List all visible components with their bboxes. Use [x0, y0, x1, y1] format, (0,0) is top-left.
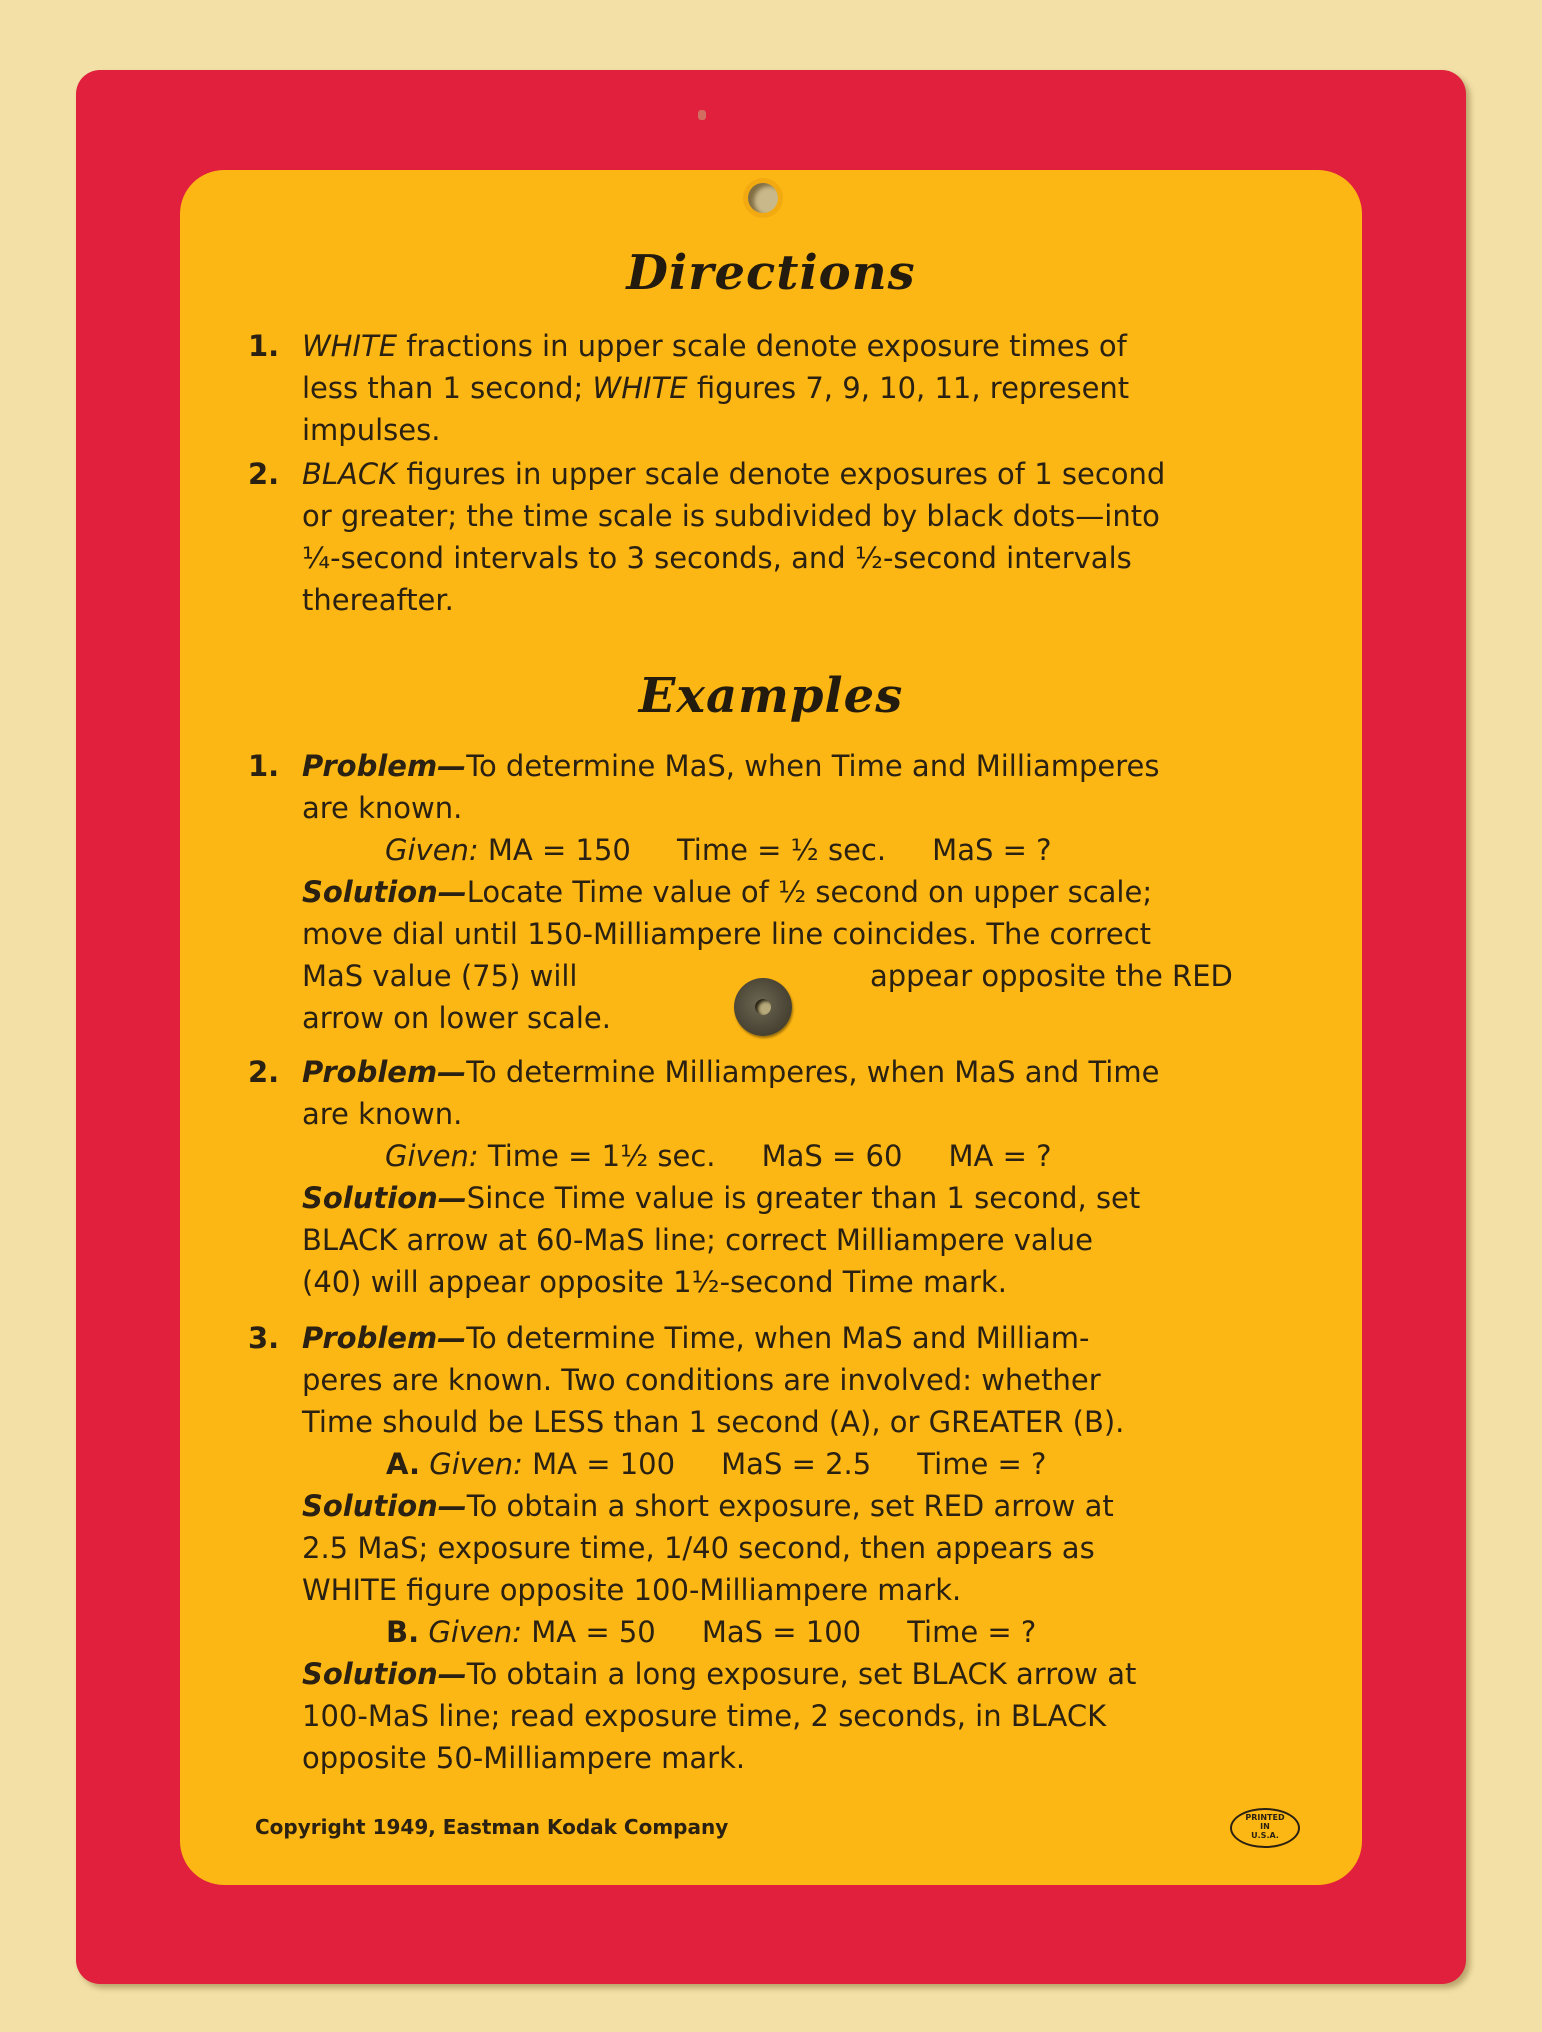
direction-number-1: 1. [248, 326, 279, 368]
example-3a-solution: Solution—To obtain a short exposure, set… [302, 1486, 1114, 1528]
example-3a-solution-line-2: 2.5 MaS; exposure time, 1/40 second, the… [302, 1528, 1095, 1570]
example-1-problem: Problem—To determine MaS, when Time and … [302, 746, 1159, 788]
example-2-given: Given: Time = 1½ sec. MaS = 60 MA = ? [385, 1136, 1052, 1178]
example-3b-solution-line-3: opposite 50-Milliampere mark. [302, 1738, 745, 1780]
card-mark [698, 110, 706, 120]
direction-1-line-2: less than 1 second; WHITE figures 7, 9, … [302, 368, 1129, 410]
example-number-1: 1. [248, 746, 279, 788]
direction-1-line-3: impulses. [302, 410, 440, 452]
example-number-3: 3. [248, 1318, 279, 1360]
dial-rivet [734, 978, 792, 1036]
direction-number-2: 2. [248, 454, 279, 496]
example-3-problem-line-2: peres are known. Two conditions are invo… [302, 1360, 1101, 1402]
example-3b-given: B. Given: MA = 50 MaS = 100 Time = ? [386, 1612, 1036, 1654]
example-2-solution: Solution—Since Time value is greater tha… [302, 1178, 1140, 1220]
examples-heading: Examples [180, 668, 1362, 724]
printed-in-usa-stamp: PRINTED IN U.S.A. [1230, 1808, 1300, 1848]
hanging-hole [748, 183, 778, 213]
direction-2-line-4: thereafter. [302, 580, 454, 622]
example-3b-solution-line-2: 100-MaS line; read exposure time, 2 seco… [302, 1696, 1106, 1738]
example-1-solution-line-2: move dial until 150-Milliampere line coi… [302, 914, 1151, 956]
copyright-notice: Copyright 1949, Eastman Kodak Company [255, 1815, 728, 1839]
example-3a-given: A. Given: MA = 100 MaS = 2.5 Time = ? [386, 1444, 1046, 1486]
example-1-solution-line-3a: MaS value (75) will [302, 956, 578, 998]
directions-heading: Directions [180, 245, 1362, 301]
example-3a-solution-line-3: WHITE figure opposite 100-Milliampere ma… [302, 1570, 961, 1612]
example-1-problem-line-2: are known. [302, 788, 462, 830]
example-1-solution-line-3b: appear opposite the RED [870, 956, 1233, 998]
example-3-problem-line-3: Time should be LESS than 1 second (A), o… [302, 1402, 1124, 1444]
example-3b-solution: Solution—To obtain a long exposure, set … [302, 1654, 1136, 1696]
example-1-solution: Solution—Locate Time value of ½ second o… [302, 872, 1152, 914]
example-number-2: 2. [248, 1052, 279, 1094]
example-3-problem: Problem—To determine Time, when MaS and … [302, 1318, 1089, 1360]
direction-2-line-3: ¼-second intervals to 3 seconds, and ½-s… [302, 538, 1132, 580]
direction-2-line-2: or greater; the time scale is subdivided… [302, 496, 1160, 538]
example-2-solution-line-3: (40) will appear opposite 1½-second Time… [302, 1262, 1007, 1304]
example-2-problem: Problem—To determine Milliamperes, when … [302, 1052, 1159, 1094]
example-1-solution-line-4: arrow on lower scale. [302, 998, 611, 1040]
direction-1-line-1: WHITE fractions in upper scale denote ex… [302, 326, 1066, 368]
example-1-given: Given: MA = 150 Time = ½ sec. MaS = ? [385, 830, 1052, 872]
example-2-solution-line-2: BLACK arrow at 60-MaS line; correct Mill… [302, 1220, 1093, 1262]
example-2-problem-line-2: are known. [302, 1094, 462, 1136]
direction-2-line-1: BLACK figures in upper scale denote expo… [302, 454, 1165, 496]
